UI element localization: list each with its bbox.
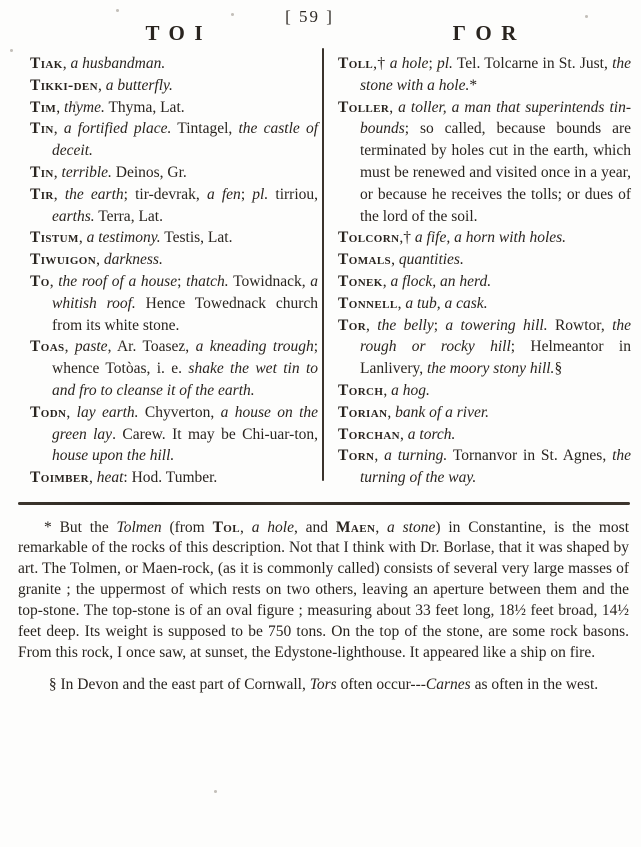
headword: To [30,273,50,290]
dictionary-entry: Tomals, quantities. [338,249,631,271]
entry-text: the roof of a house [58,273,177,290]
dictionary-entry: Torch, a hog. [338,380,631,402]
page-number: [ 59 ] [0,7,619,27]
entry-text: a testimony. [87,229,161,246]
dictionary-entry: Toimber, heat: Hod. Tumber. [30,467,318,489]
entry-text: Thyma, Lat. [105,99,185,116]
right-column-entries: Toll,† a hole; pl. Tel. Tolcarne in St. … [338,53,631,489]
dictionary-entry: Tonnell, a tub, a cask. [338,293,631,315]
footnote-tolmen: * But the Tolmen (from Tol, a hole, and … [18,518,629,664]
entry-text: a hole [390,55,429,72]
entry-text: the belly [377,317,433,334]
headword: Tiak [30,55,63,72]
entry-text: a kneading trough [196,338,314,355]
headword: Tonnell [338,295,398,312]
entry-text: bank of a river. [395,404,489,421]
entry-text: * But the [44,519,117,536]
entry-text: , [56,99,64,116]
entry-text: thyme. [64,99,105,116]
entry-text: Carnes [426,676,471,693]
headword: Toller [338,99,389,116]
entry-text: (from [162,519,213,536]
entry-text: a torch. [408,426,456,443]
headword: Todn [30,404,66,421]
entry-text: § [554,360,562,377]
dictionary-entry: Tiwuigon, darkness. [30,249,318,271]
entry-text: a hog. [391,382,430,399]
entry-text: , Ar. Toasez, [108,338,196,355]
headword: Tir [30,186,54,203]
entry-text: Testis, Lat. [161,229,233,246]
dictionary-entry: Tim, thyme. Thyma, Lat. [30,97,318,119]
headword: Tin [30,120,54,137]
entry-text: , [98,77,106,94]
entry-text: , [54,164,62,181]
footnote-tors-carnes: § In Devon and the east part of Cornwall… [18,675,629,696]
entry-text: , [240,519,252,536]
entry-text: a towering hill. [445,317,547,334]
headword: Toas [30,338,65,355]
entry-text: heat [97,469,124,486]
entry-text: Chyverton, [139,404,221,421]
headword: Maen [336,519,375,536]
headword: Torch [338,382,383,399]
headword: Tol [213,519,240,536]
dictionary-entry: Tir, the earth; tir-devrak, a fen; pl. t… [30,184,318,228]
dictionary-entry: Tor, the belly; a towering hill. Rowtor,… [338,315,631,380]
headword: Tomals [338,251,391,268]
ink-speck [231,13,234,16]
entry-text: Tintagel, [171,120,238,137]
headword: Torian [338,404,387,421]
entry-text: , [383,382,391,399]
dictionary-entry: Torian, bank of a river. [338,402,631,424]
entry-text: , [65,338,75,355]
entry-text: ; tir-devrak, [124,186,207,203]
headword: Torn [338,447,374,464]
entry-text: darkness. [104,251,163,268]
entry-text: the moory stony hill. [427,360,554,377]
dictionary-columns: TOI Tiak, a husbandman.Tikki-den, a butt… [0,0,641,489]
entry-text: Towidnack, [229,273,311,290]
entry-text: ,† [373,55,390,72]
entry-text: ; [177,273,186,290]
entry-text: as often in the west. [471,676,598,693]
entry-text: paste [75,338,108,355]
entry-text: , [89,469,97,486]
entry-text: a fen [207,186,241,203]
entry-text: tirriou, [268,186,318,203]
headword: Tiwuigon [30,251,96,268]
entry-text: a hole [252,519,294,536]
footnotes: * But the Tolmen (from Tol, a hole, and … [0,505,641,696]
entry-text: , [366,317,377,334]
entry-text: a tub, a cask. [405,295,487,312]
dictionary-entry: To, the roof of a house; thatch. Towidna… [30,271,318,336]
ink-speck [75,101,78,104]
entry-text: thatch. [186,273,229,290]
entry-text: a flock, an herd. [390,273,491,290]
headword: Torchan [338,426,400,443]
entry-text: Tel. Tolcarne in St. Just, [453,55,612,72]
entry-text: , [54,186,65,203]
entry-text: . Carew. It may be Chi-uar-ton, [112,426,318,443]
headword: Toimber [30,469,89,486]
headword: Tistum [30,229,79,246]
entry-text: , [400,426,408,443]
entry-text: , [389,99,398,116]
entry-text: ) in Constantine, is the most remarkable… [18,519,629,661]
dictionary-entry: Tiak, a husbandman. [30,53,318,75]
entry-text: : Hod. Tumber. [123,469,217,486]
entry-text: ; [428,55,437,72]
entry-text: ,† [399,229,415,246]
entry-text: earths. [52,208,95,225]
entry-text: , [391,251,399,268]
dictionary-entry: Tistum, a testimony. Testis, Lat. [30,227,318,249]
entry-text: , [387,404,395,421]
headword: Toll [338,55,373,72]
headword: Tin [30,164,54,181]
entry-text: pl. [437,55,453,72]
entry-text: often occur--- [337,676,426,693]
entry-text: Rowtor, [548,317,613,334]
dictionary-entry: Tonek, a flock, an herd. [338,271,631,293]
entry-text: § In Devon and the east part of Cornwall… [49,676,310,693]
dictionary-entry: Tin, a fortified place. Tintagel, the ca… [30,118,318,162]
book-page: [ 59 ] TOI Tiak, a husbandman.Tikki-den,… [0,0,641,847]
entry-text: Terra, Lat. [95,208,163,225]
dictionary-entry: Todn, lay earth. Chyverton, a house on t… [30,402,318,467]
headword: Tim [30,99,56,116]
entry-text: terrible. [62,164,112,181]
ink-speck [585,15,588,18]
headword: Tikki-den [30,77,98,94]
entry-text: , and [294,519,336,536]
entry-text: ; [434,317,446,334]
entry-text: lay earth. [77,404,139,421]
dictionary-entry: Torchan, a torch. [338,424,631,446]
entry-text: * [469,77,477,94]
dictionary-entry: Tin, terrible. Deinos, Gr. [30,162,318,184]
entry-text: Tolmen [117,519,162,536]
dictionary-entry: Toas, paste, Ar. Toasez, a kneading trou… [30,336,318,401]
headword: Tor [338,317,366,334]
entry-text: a fortified place. [64,120,172,137]
entry-text: ; [241,186,252,203]
entry-text: a fife, a horn with holes. [415,229,566,246]
left-column-entries: Tiak, a husbandman.Tikki-den, a butterfl… [30,53,318,489]
entry-text: a turning. [384,447,447,464]
entry-text: a stone [387,519,435,536]
entry-text: , [374,447,384,464]
entry-text: Deinos, Gr. [112,164,187,181]
entry-text: quantities. [399,251,464,268]
entry-text: , [66,404,76,421]
headword: Tonek [338,273,383,290]
dictionary-entry: Tikki-den, a butterfly. [30,75,318,97]
left-column: TOI Tiak, a husbandman.Tikki-den, a butt… [30,21,318,489]
entry-text: house upon the hill. [52,447,174,464]
column-divider-rule [322,48,324,481]
headword: Tolcorn [338,229,399,246]
ink-speck [116,9,119,12]
dictionary-entry: Torn, a turning. Tornanvor in St. Agnes,… [338,445,631,489]
entry-text: Tors [310,676,337,693]
entry-text: the earth [65,186,124,203]
entry-text: pl. [252,186,268,203]
entry-text: Tornanvor in St. Agnes, [447,447,612,464]
dictionary-entry: Tolcorn,† a fife, a horn with holes. [338,227,631,249]
dictionary-entry: Toller, a toller, a man that superintend… [338,97,631,228]
entry-text: , [50,273,59,290]
entry-text: a husbandman. [70,55,165,72]
entry-text: , [96,251,104,268]
entry-text: a butterfly. [106,77,173,94]
right-column: ΓOR Toll,† a hole; pl. Tel. Tolcarne in … [338,21,631,489]
ink-speck [10,49,13,52]
dictionary-entry: Toll,† a hole; pl. Tel. Tolcarne in St. … [338,53,631,97]
entry-text: , [79,229,87,246]
ink-speck [214,790,217,793]
entry-text: , [54,120,64,137]
entry-text: , [375,519,387,536]
